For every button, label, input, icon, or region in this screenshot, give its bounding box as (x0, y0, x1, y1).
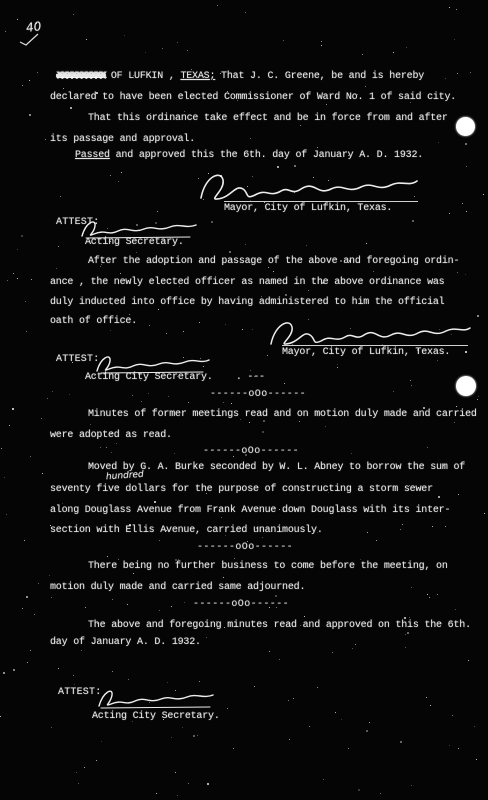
ordinance-line-5b: and approved this the 6th. day of Januar… (110, 150, 423, 161)
attest-2-caption: Acting City Secretary. . --- (85, 372, 265, 383)
mayor-signature-1-caption: Mayor, City of Lufkin, Texas. (224, 201, 418, 214)
induction-line-2: ance , the newly elected officer as name… (50, 277, 444, 288)
check-mark (18, 32, 40, 46)
ordinance-line-3: That this ordinance take effect and be i… (88, 113, 448, 124)
hole-punch-top (456, 117, 475, 136)
ordinance-line-1a: OF LUFKIN , (105, 71, 180, 82)
section-divider-3: ------oOo------ (197, 542, 293, 553)
section-divider-2: ------oOo------ (203, 446, 299, 457)
adjournment-line-1: There being no further business to come … (88, 561, 448, 572)
motion-line-4: section with Ellis Avenue, carried unani… (50, 525, 323, 536)
ordinance-line-5a: Passed (75, 150, 110, 161)
approval-line-2: day of January A. D. 1932. (50, 637, 201, 648)
induction-line-1: After the adoption and passage of the ab… (88, 256, 459, 267)
motion-line-3: along Douglass Avenue from Frank Avenue … (50, 505, 450, 516)
motion-line-1: Moved by G. A. Burke seconded by W. L. A… (88, 462, 465, 473)
minutes-adopted-line-1: Minutes of former meetings read and on m… (88, 409, 477, 420)
approval-line-1: The above and foregoing minutes read and… (88, 620, 471, 631)
ordinance-line-4: its passage and approval. (50, 134, 195, 145)
section-divider-4: ------oOo------ (193, 599, 289, 610)
ordinance-line-2: declared to have been elected Commission… (50, 92, 456, 103)
ordinance-line-1c: That J. C. Greene, be and is hereby (215, 71, 424, 82)
section-divider-1: ------oOo------ (210, 389, 306, 400)
scanned-document-page: 40 XXXXXXXXXX OF LUFKIN , TEXAS; That J.… (0, 0, 488, 800)
struck-word: XXXXXXXXXX (57, 71, 105, 82)
ordinance-line-5: Passed and approved this the 6th. day of… (75, 150, 423, 161)
handwritten-insertion: hundred (106, 470, 144, 483)
adjournment-line-2: motion duly made and carried same adjour… (50, 582, 305, 593)
attest-1-caption: Acting Secretary. (85, 237, 184, 248)
hole-punch-middle (456, 376, 476, 396)
ordinance-line-1b: TEXAS; (180, 71, 215, 82)
ordinance-line-1: XXXXXXXXXX OF LUFKIN , TEXAS; That J. C.… (57, 71, 424, 82)
mayor-signature-2-caption: Mayor, City of Lufkin, Texas. (282, 345, 468, 358)
minutes-adopted-line-2: were adopted as read. (50, 430, 172, 441)
attest-3-caption: Acting City Secretary. (92, 711, 220, 722)
motion-line-2: seventy five dollars for the purpose of … (50, 484, 433, 495)
induction-line-3: duly inducted into office by having admi… (50, 297, 444, 308)
induction-line-4: oath of office. (50, 316, 137, 327)
